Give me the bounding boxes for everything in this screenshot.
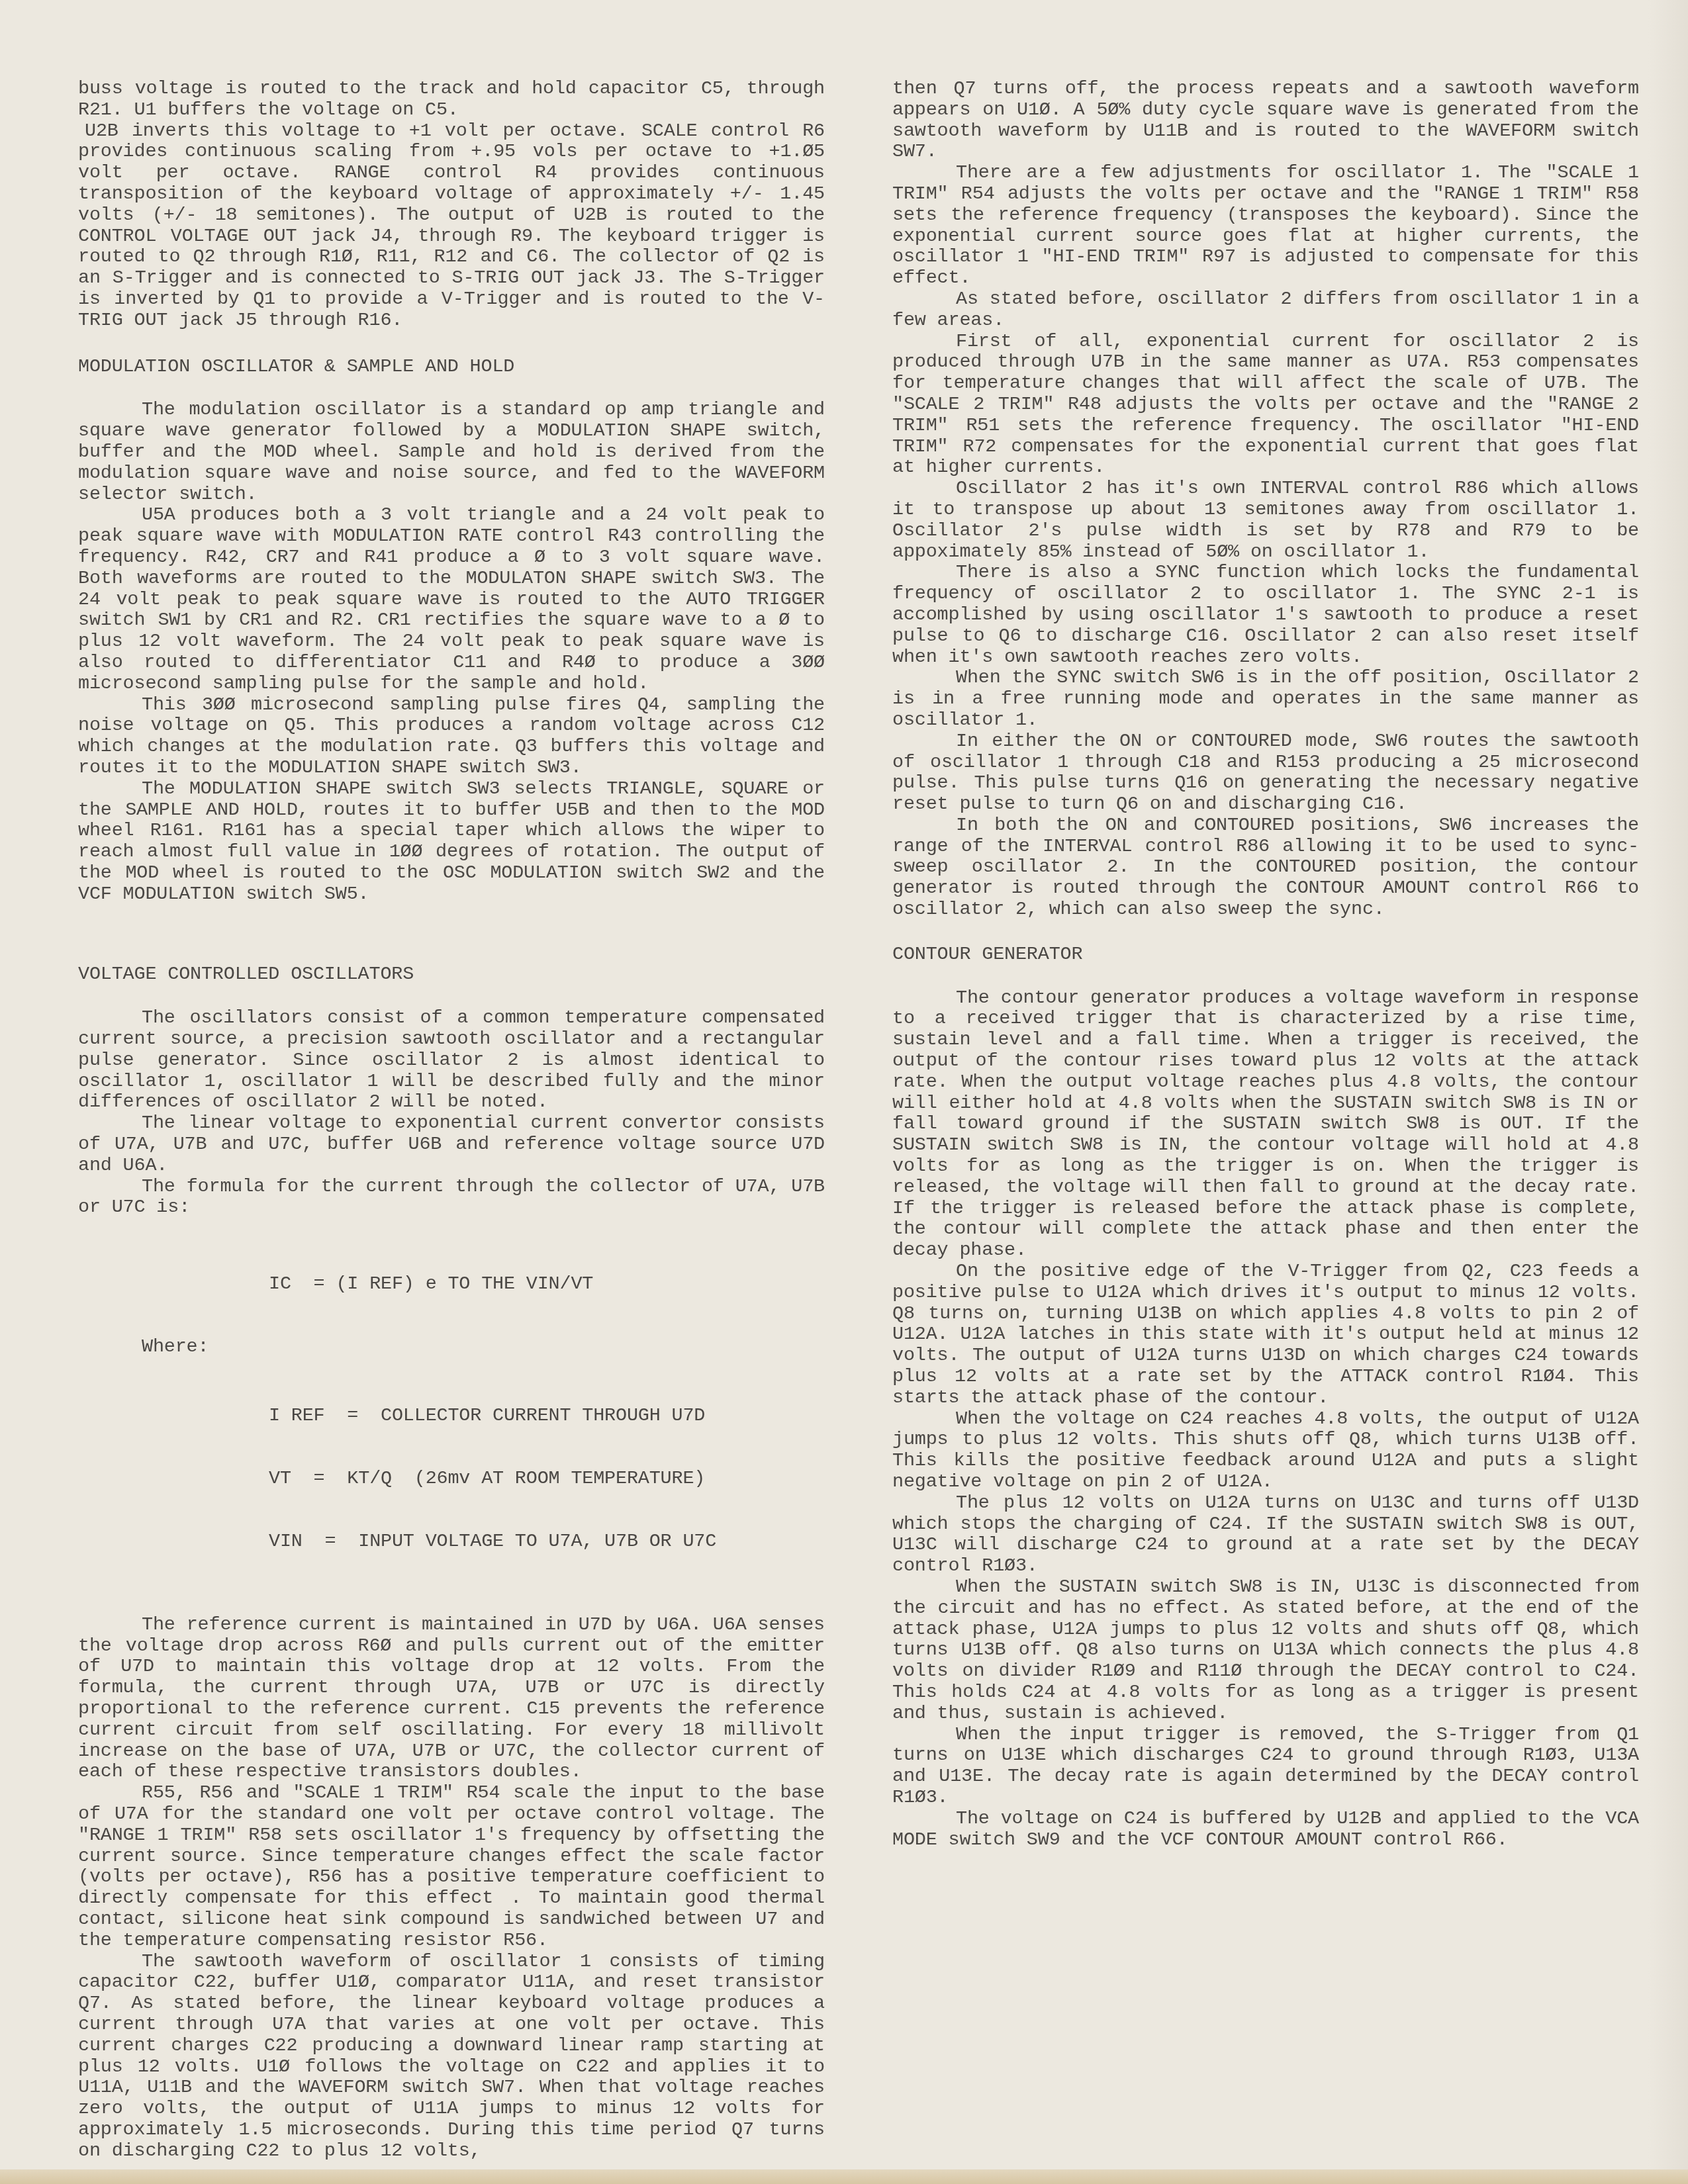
paragraph: There are a few adjustments for oscillat… (892, 162, 1639, 289)
paragraph: When the input trigger is removed, the S… (892, 1724, 1639, 1808)
paragraph: U5A produces both a 3 volt triangle and … (78, 504, 825, 694)
formula-block: IC = (I REF) e TO THE VIN/VT Where: I RE… (78, 1231, 825, 1594)
paragraph: There is also a SYNC function which lock… (892, 562, 1639, 667)
left-column: buss voltage is routed to the track and … (78, 78, 825, 2161)
paragraph: The MODULATION SHAPE switch SW3 selects … (78, 778, 825, 905)
paragraph: The formula for the current through the … (78, 1176, 825, 1218)
paragraph: In both the ON and CONTOURED positions, … (892, 815, 1639, 920)
paragraph: The sawtooth waveform of oscillator 1 co… (78, 1951, 825, 2161)
paragraph: Oscillator 2 has it's own INTERVAL contr… (892, 478, 1639, 562)
section-heading-modulation: MODULATION OSCILLATOR & SAMPLE AND HOLD (78, 356, 825, 377)
paragraph: The oscillators consist of a common temp… (78, 1007, 825, 1113)
torn-page-edge (0, 2169, 1688, 2184)
formula-definition: VIN = INPUT VOLTAGE TO U7A, U7B OR U7C (78, 1531, 825, 1552)
paragraph: In either the ON or CONTOURED mode, SW6 … (892, 731, 1639, 815)
paragraph: The reference current is maintained in U… (78, 1614, 825, 1782)
right-column: then Q7 turns off, the process repeats a… (892, 78, 1639, 1850)
paragraph: The contour generator produces a voltage… (892, 987, 1639, 1261)
section-heading-vco: VOLTAGE CONTROLLED OSCILLATORS (78, 964, 825, 985)
paragraph: This 3ØØ microsecond sampling pulse fire… (78, 694, 825, 778)
paragraph: When the SYNC switch SW6 is in the off p… (892, 667, 1639, 730)
formula-where-label: Where: (78, 1336, 825, 1357)
paragraph: R55, R56 and "SCALE 1 TRIM" R54 scale th… (78, 1782, 825, 1950)
formula-equation: IC = (I REF) e TO THE VIN/VT (78, 1273, 825, 1295)
paragraph: As stated before, oscillator 2 differs f… (892, 289, 1639, 331)
paragraph: When the voltage on C24 reaches 4.8 volt… (892, 1408, 1639, 1492)
paragraph: The modulation oscillator is a standard … (78, 399, 825, 504)
formula-definition: VT = KT/Q (26mv AT ROOM TEMPERATURE) (78, 1468, 825, 1489)
paragraph: When the SUSTAIN switch SW8 is IN, U13C … (892, 1576, 1639, 1724)
paragraph: First of all, exponential current for os… (892, 331, 1639, 478)
page-shadow (1648, 0, 1688, 2184)
paragraph: then Q7 turns off, the process repeats a… (892, 78, 1639, 162)
formula-definition: I REF = COLLECTOR CURRENT THROUGH U7D (78, 1405, 825, 1426)
paragraph: The linear voltage to exponential curren… (78, 1113, 825, 1175)
paragraph: U2B inverts this voltage to +1 volt per … (78, 120, 825, 331)
paragraph: buss voltage is routed to the track and … (78, 78, 825, 120)
section-heading-contour: CONTOUR GENERATOR (892, 944, 1639, 965)
paragraph: The plus 12 volts on U12A turns on U13C … (892, 1492, 1639, 1576)
paragraph: The voltage on C24 is buffered by U12B a… (892, 1808, 1639, 1850)
paragraph: On the positive edge of the V-Trigger fr… (892, 1261, 1639, 1408)
